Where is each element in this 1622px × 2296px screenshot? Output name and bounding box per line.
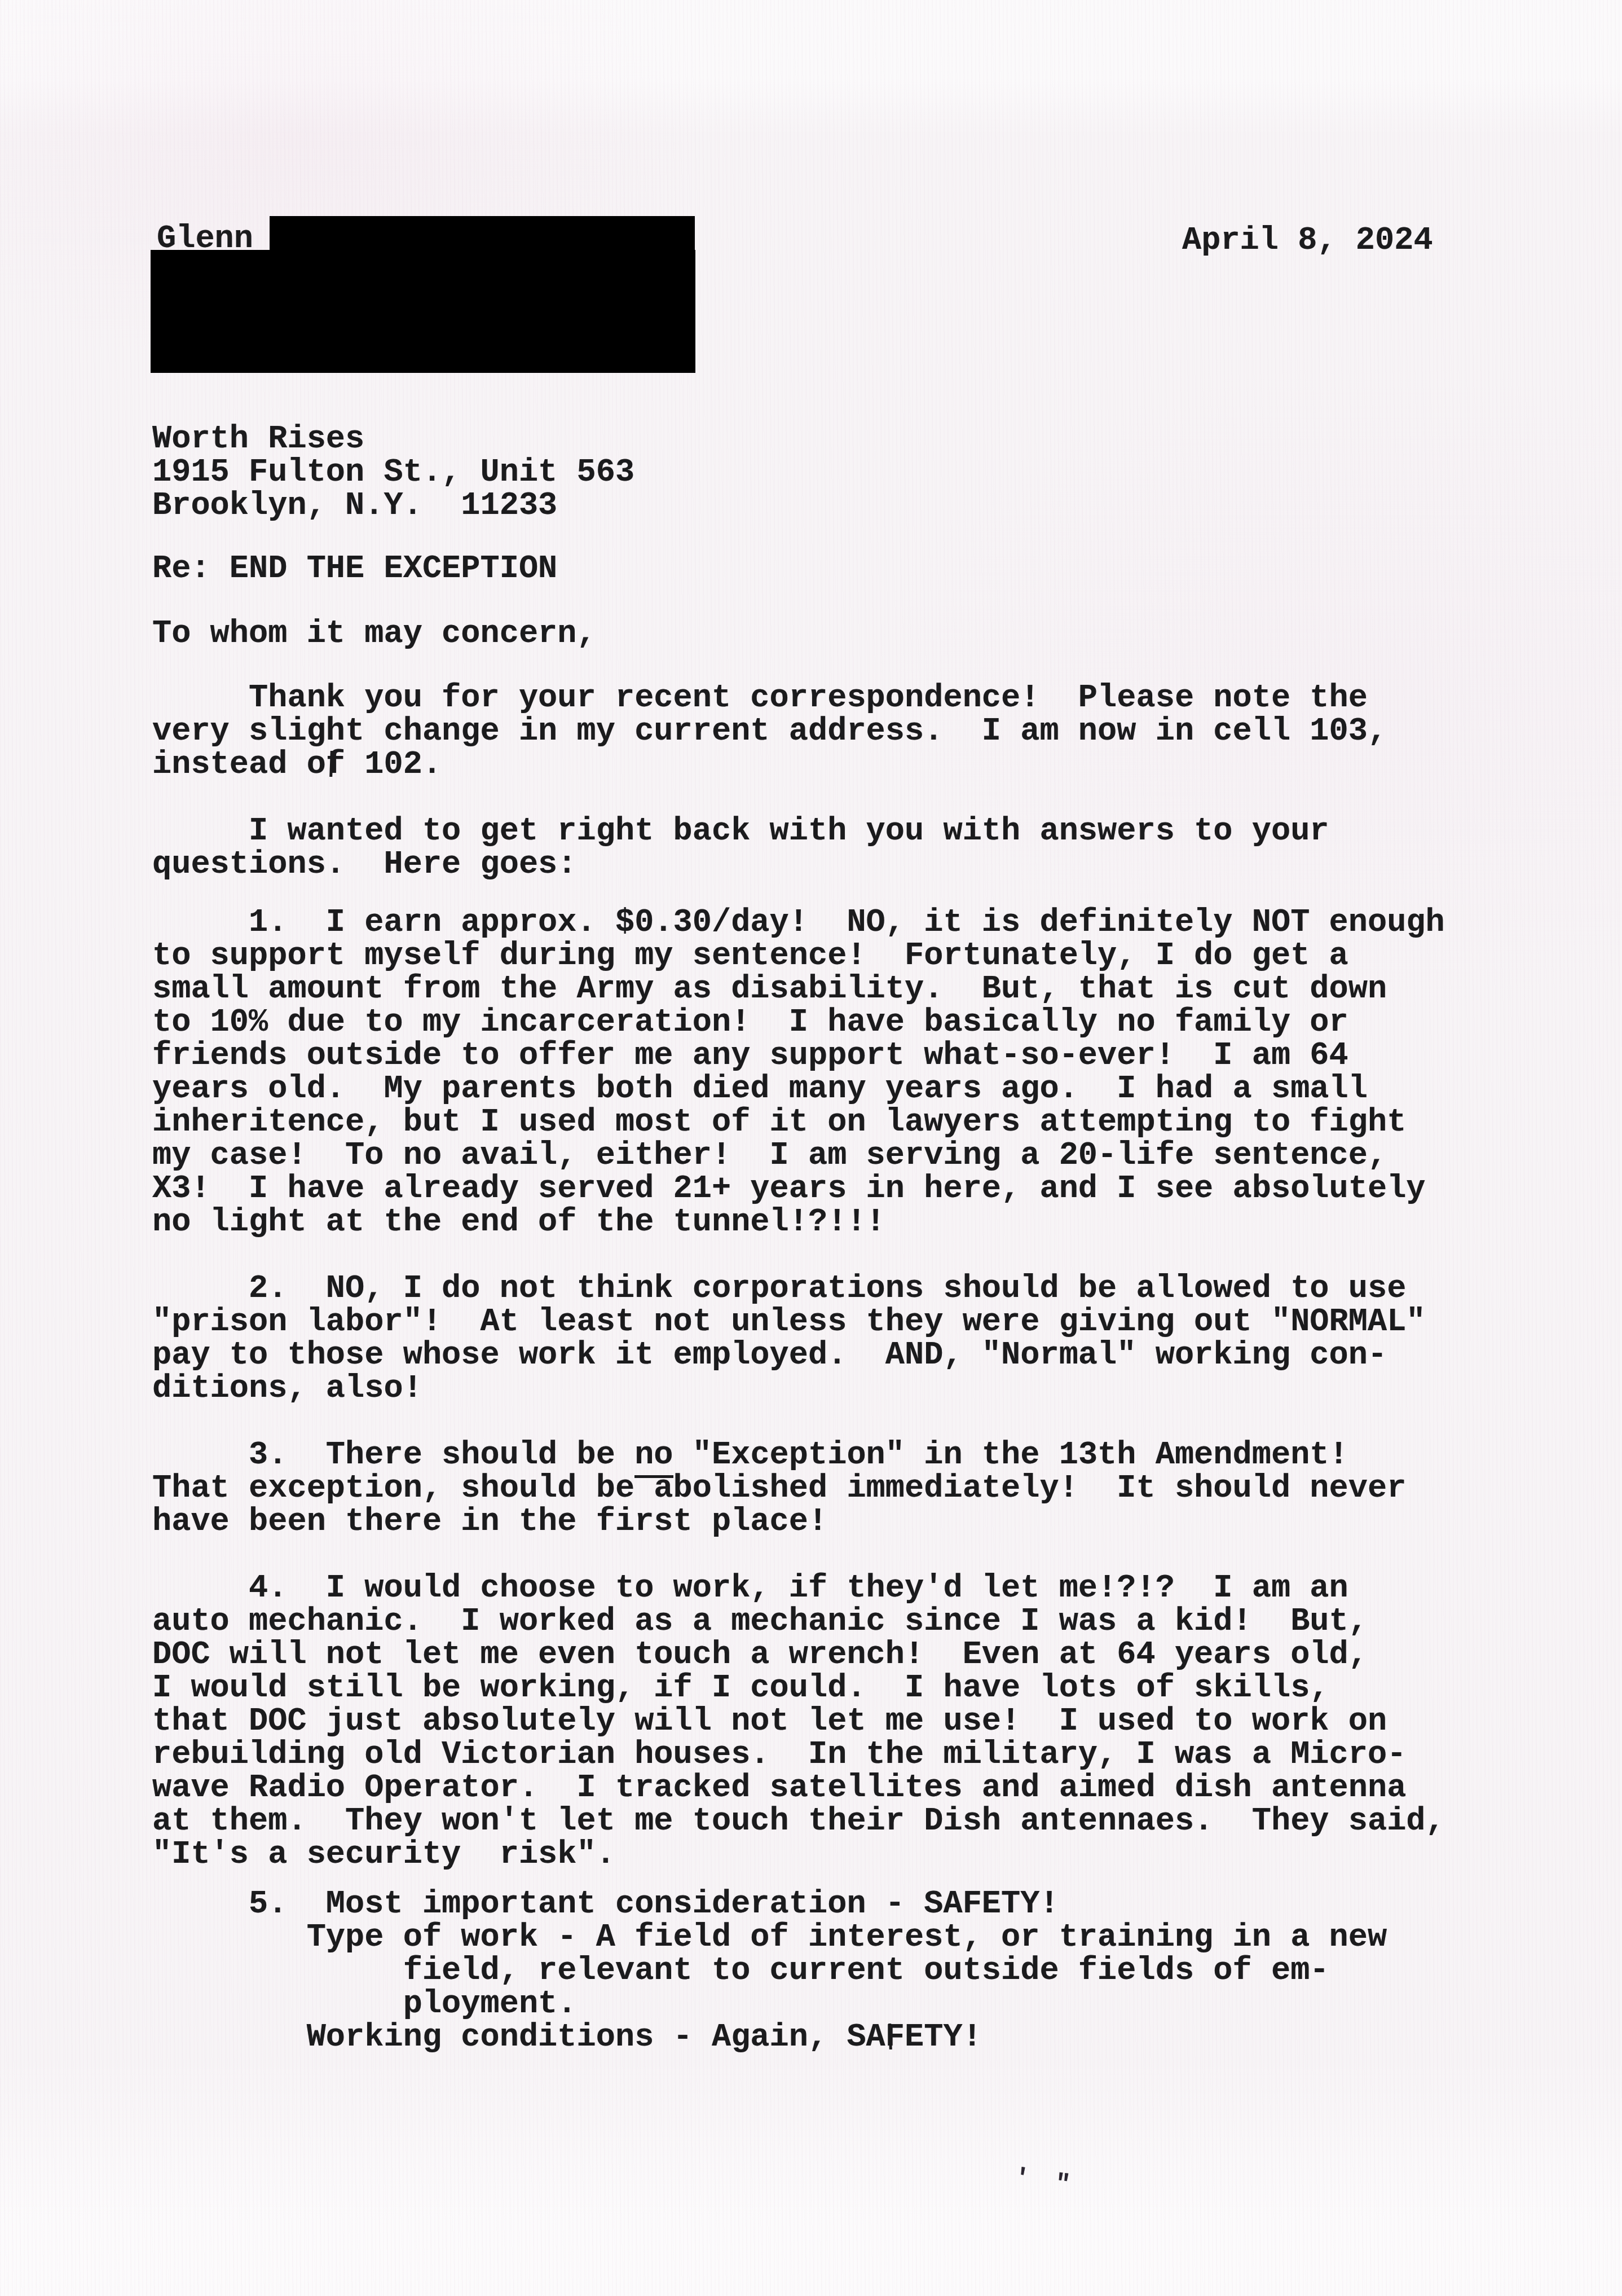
letter-line: 4. I would choose to work, if they'd let… — [152, 1572, 1348, 1606]
letter-line: 2. NO, I do not think corporations shoul… — [152, 1273, 1406, 1306]
letter-line: inheritence, but I used most of it on la… — [152, 1106, 1406, 1140]
letter-line: Type of work - A field of interest, or t… — [152, 1921, 1387, 1955]
letter-line: that DOC just absolutely will not let me… — [152, 1705, 1387, 1739]
letter-line: Thank you for your recent correspondence… — [152, 682, 1368, 715]
letter-line: field, relevant to current outside field… — [152, 1955, 1329, 1988]
letter-line: 5. Most important consideration - SAFETY… — [152, 1888, 1059, 1921]
letter-line: I would still be working, if I could. I … — [152, 1672, 1329, 1705]
letter-line: auto mechanic. I worked as a mechanic si… — [152, 1606, 1368, 1639]
letter-line: wave Radio Operator. I tracked satellite… — [152, 1772, 1406, 1805]
letter-line: pay to those whose work it employed. AND… — [152, 1339, 1387, 1373]
letter-line: ditions, also! — [152, 1373, 422, 1406]
letter-line: Working conditions - Again, SAFETY! — [152, 2021, 982, 2055]
letter-line: rebuilding old Victorian houses. In the … — [152, 1739, 1406, 1772]
letter-line: very slight change in my current address… — [152, 715, 1387, 749]
item3-post: "Exception" in the 13th Amendment! — [673, 1437, 1348, 1474]
letter-line: "It's a security risk". — [152, 1838, 615, 1872]
letter-line: small amount from the Army as disability… — [152, 973, 1387, 1006]
letter-line: at them. They won't let me touch their D… — [152, 1805, 1445, 1838]
letter-line: ployment. — [152, 1988, 577, 2021]
recipient-line: 1915 Fulton St., Unit 563 — [152, 456, 634, 490]
letter-line: 3. There should be no "Exception" in the… — [152, 1439, 1348, 1472]
salutation: To whom it may concern, — [152, 618, 596, 651]
letter-page: Glenn April 8, 2024 Worth Rises 1915 Ful… — [0, 0, 1622, 2296]
letter-line: DOC will not let me even touch a wrench!… — [152, 1639, 1368, 1672]
letter-line: "prison labor"! At least not unless they… — [152, 1306, 1426, 1339]
letter-line: years old. My parents both died many yea… — [152, 1073, 1368, 1106]
subject-line: Re: END THE EXCEPTION — [152, 553, 557, 586]
letter-line: have been there in the first place! — [152, 1506, 827, 1539]
letter-line: 1. I earn approx. $0.30/day! NO, it is d… — [152, 907, 1445, 940]
letter-line: instead of 102. — [152, 749, 442, 782]
letter-line: to 10% due to my incarceration! I have b… — [152, 1006, 1348, 1040]
letter-line: That exception, should be abolished imme… — [152, 1472, 1406, 1506]
redaction-box — [151, 250, 695, 373]
letter-line: I wanted to get right back with you with… — [152, 815, 1329, 848]
letter-line: to support myself during my sentence! Fo… — [152, 940, 1348, 973]
letter-line: X3! I have already served 21+ years in h… — [152, 1173, 1426, 1206]
item3-pre: 3. There should be — [152, 1437, 634, 1474]
date: April 8, 2024 — [1182, 225, 1433, 258]
letter-line: no light at the end of the tunnel!?!!! — [152, 1206, 885, 1239]
letter-line: friends outside to offer me any support … — [152, 1040, 1348, 1073]
stray-ink-marks: ' " — [1012, 2166, 1077, 2199]
recipient-line: Worth Rises — [152, 423, 364, 456]
redaction-box — [270, 216, 695, 251]
recipient-line: Brooklyn, N.Y. 11233 — [152, 490, 557, 523]
letter-line: my case! To no avail, either! I am servi… — [152, 1140, 1387, 1173]
letter-line: questions. Here goes: — [152, 848, 577, 882]
